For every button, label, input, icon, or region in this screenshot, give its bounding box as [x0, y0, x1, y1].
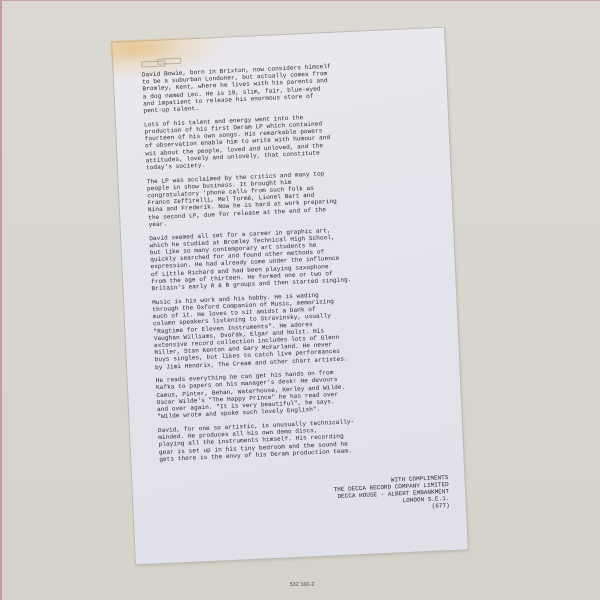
press-release-sheet: David Bowie, born in Brixton, now consid… [112, 28, 467, 565]
paragraph-intro: David Bowie, born in Brixton, now consid… [142, 58, 434, 114]
compliments-block: WITH COMPLIMENTS THE DECCA RECORD COMPAN… [248, 474, 449, 518]
paragraph-reading: He reads everything he can get his hands… [156, 364, 448, 420]
catalog-number: 532 160-2 [2, 582, 600, 588]
paragraph-first-lp: Lots of his talent and energy went into … [144, 108, 436, 172]
record-sleeve-back: David Bowie, born in Brixton, now consid… [0, 0, 600, 600]
paragraph-technical: David, for one so artistic, is unusually… [158, 414, 449, 463]
paragraph-art-career: David seemed all set for a career in gra… [149, 222, 441, 293]
paragraph-music: Music is his work and his hobby. He is w… [152, 286, 445, 371]
staple-mark [157, 58, 181, 65]
typed-body: David Bowie, born in Brixton, now consid… [142, 58, 450, 469]
paragraph-acclaim: The LP was acclaimed by the critics and … [147, 165, 439, 229]
